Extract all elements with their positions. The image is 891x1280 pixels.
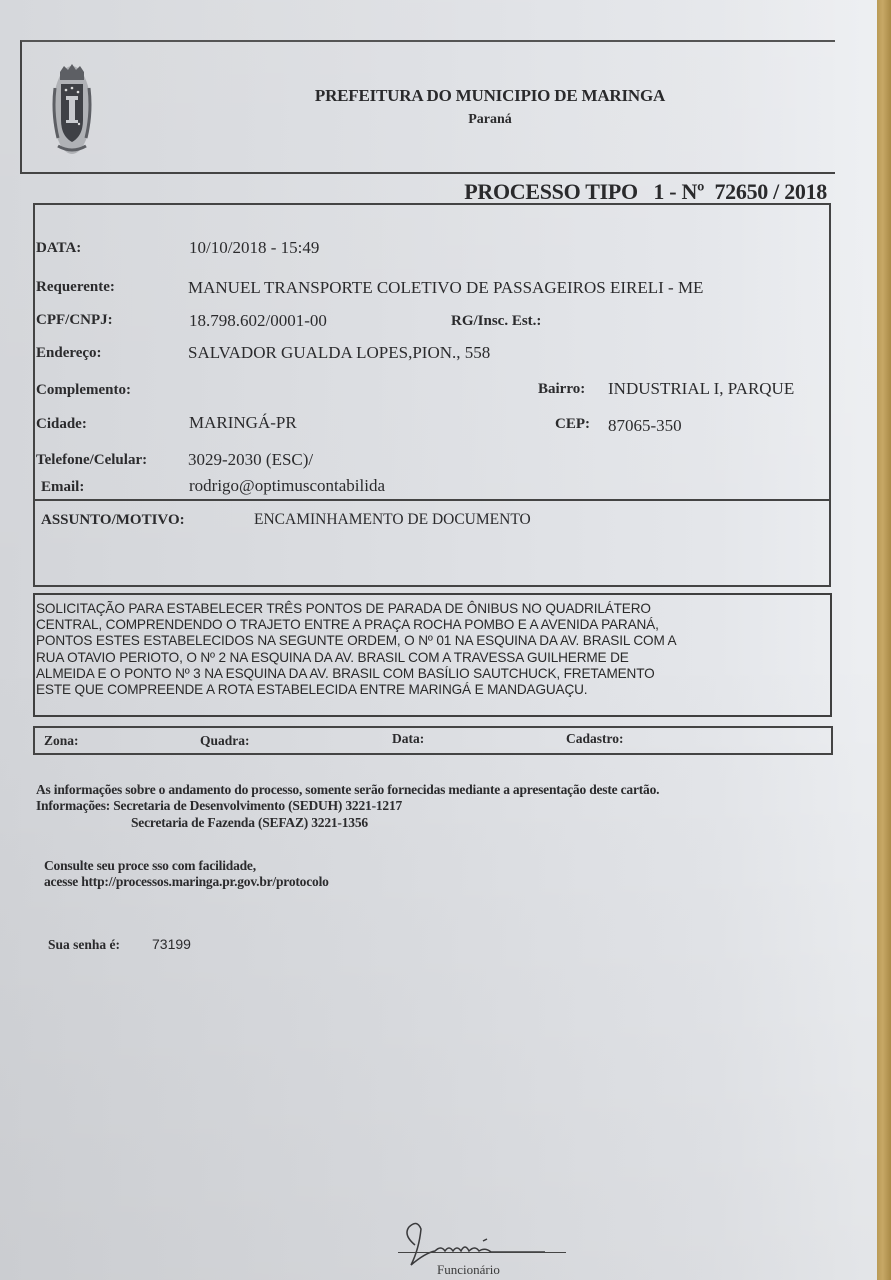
- signature-line: [398, 1252, 566, 1253]
- zone-box: [33, 726, 833, 755]
- bairro-label: Bairro:: [538, 381, 585, 398]
- endereco-label: Endereço:: [36, 345, 102, 362]
- requerente-label: Requerente:: [36, 279, 115, 296]
- telefone-label: Telefone/Celular:: [36, 452, 147, 469]
- requerente-value: MANUEL TRANSPORTE COLETIVO DE PASSAGEIRO…: [188, 278, 703, 298]
- email-value: rodrigo@optimuscontabilida: [189, 476, 385, 496]
- process-title: PROCESSO TIPO 1 - Nº 72650 / 2018: [464, 179, 827, 205]
- header-subtitle: Paraná: [0, 112, 891, 128]
- data-value: 10/10/2018 - 15:49: [189, 238, 319, 258]
- request-text-line: PONTOS ESTES ESTABELECIDOS NA SEGUNTE OR…: [36, 633, 830, 649]
- header-box: [20, 40, 835, 174]
- password-value: 73199: [152, 936, 191, 952]
- info-sefaz: Secretaria de Fazenda (SEFAZ) 3221-1356: [131, 815, 368, 831]
- assunto-value: ENCAMINHAMENTO DE DOCUMENTO: [254, 511, 531, 529]
- cep-value: 87065-350: [608, 416, 682, 436]
- password-label: Sua senha é:: [48, 937, 120, 953]
- cpf-cnpj-label: CPF/CNPJ:: [36, 312, 113, 329]
- cidade-label: Cidade:: [36, 416, 87, 433]
- quadra-label: Quadra:: [200, 733, 250, 749]
- zone-data-label: Data:: [392, 731, 424, 747]
- info-seduh: Informações: Secretaria de Desenvolvimen…: [36, 798, 402, 814]
- wooden-table-edge: [877, 0, 891, 1280]
- municipal-coat-of-arms-icon: [52, 58, 92, 158]
- request-description-box: SOLICITAÇÃO PARA ESTABELECER TRÊS PONTOS…: [33, 593, 832, 717]
- rg-insc-label: RG/Insc. Est.:: [451, 313, 541, 330]
- consult-url: acesse http://processos.maringa.pr.gov.b…: [44, 874, 329, 890]
- signature-label: Funcionário: [437, 1262, 500, 1278]
- data-label: DATA:: [36, 240, 81, 257]
- bairro-value: INDUSTRIAL I, PARQUE: [608, 379, 794, 399]
- cep-label: CEP:: [555, 416, 590, 433]
- consult-text: Consulte seu proce sso com facilidade,: [44, 858, 256, 874]
- assunto-label: ASSUNTO/MOTIVO:: [41, 512, 185, 529]
- cadastro-label: Cadastro:: [566, 731, 624, 747]
- request-text-line: SOLICITAÇÃO PARA ESTABELECER TRÊS PONTOS…: [36, 601, 830, 617]
- request-text-line: RUA OTAVIO PERIOTO, O Nº 2 NA ESQUINA DA…: [36, 650, 830, 666]
- zona-label: Zona:: [44, 733, 79, 749]
- complemento-label: Complemento:: [36, 382, 131, 399]
- cidade-value: MARINGÁ-PR: [189, 413, 297, 433]
- email-label: Email:: [41, 479, 84, 496]
- header-title: PREFEITURA DO MUNICIPIO DE MARINGA: [0, 86, 891, 106]
- endereco-value: SALVADOR GUALDA LOPES,PION., 558: [188, 343, 490, 363]
- telefone-value: 3029-2030 (ESC)/: [188, 450, 313, 470]
- request-text-line: CENTRAL, COMPRENDENDO O TRAJETO ENTRE A …: [36, 617, 830, 633]
- info-notice: As informações sobre o andamento do proc…: [36, 782, 659, 798]
- request-text-line: ALMEIDA E O PONTO Nº 3 NA ESQUINA DA AV.…: [36, 666, 830, 682]
- request-text-line: ESTE QUE COMPREENDE A ROTA ESTABELECIDA …: [36, 682, 830, 698]
- section-divider: [33, 499, 831, 501]
- cpf-cnpj-value: 18.798.602/0001-00: [189, 311, 327, 331]
